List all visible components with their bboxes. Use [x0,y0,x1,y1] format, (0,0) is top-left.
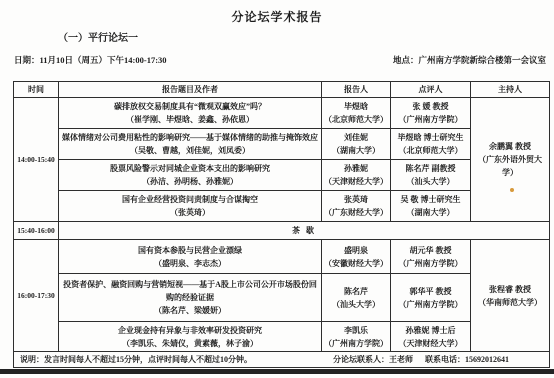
presenter-affiliation: （广东财经大学） [324,206,388,219]
scanned-schedule-page: 分论坛学术报告 （一）平行论坛一 日期：11月10日（周五）下午14:00-17… [0,0,554,378]
discussant-cell: 胡元华 教授 （广州南方学院） [391,240,471,274]
presenter-cell: 陈名芹 （汕头大学） [322,274,391,322]
discussant-name: 张 媛 教授 [393,100,468,113]
talk-authors: （吴敬、曹越，刘佳妮，刘凤委） [61,144,319,157]
page-title: 分论坛学术报告 [0,8,554,25]
tea-break-label: 茶 歇 [59,222,550,240]
talk-title-cell: 企业现金持有异象与非效率研发投资研究 （李凯乐、朱婧仪，黄素薇，林子渝） [59,322,322,352]
table-row: 媒体情绪对公司费用粘性的影响研究——基于媒体情绪的助推与掩饰效应 （吴敬、曹越，… [14,129,550,160]
header-discussant: 点评人 [391,82,471,98]
tea-break-row: 15:40-16:00 茶 歇 [14,222,550,240]
discussant-cell: 张 媛 教授 （广州南方学院） [391,98,471,129]
presenter-affiliation: （广州南方学院） [324,337,388,350]
talk-title-cell: 国有企业经营投资问责制度与合谋掏空 （张英琦） [59,191,322,222]
table-row: 股票风险警示对同城企业资本支出的影响研究 （孙洁、孙明杨、孙雅妮） 孙雅妮 （天… [14,160,550,191]
presenter-cell: 张英琦 （广东财经大学） [322,191,391,222]
presenter-affiliation: （天津财经大学） [324,175,388,188]
talk-title: 企业现金持有异象与非效率研发投资研究 [61,324,319,337]
host-affiliation: （广东外语外贸大学） [473,153,547,179]
time-slot-1: 14:00-15:40 [14,98,59,222]
talk-title: 国有企业经营投资问责制度与合谋掏空 [61,193,319,206]
discussant-name: 吴 敬 博士研究生 [393,193,468,206]
table-row: 14:00-15:40 碳排放权交易制度具有“微观双赢效应”吗？ （崔学刚、毕煜… [14,98,550,129]
host-name: 余鹏翼 教授 [473,140,547,153]
footer-note-row: 说明：发言时间每人不超过15分钟，点评时间每人不超过10分钟。 分论坛联系人：王… [14,352,550,368]
discussant-affiliation: （汕头大学） [393,175,468,188]
discussant-affiliation: （广州南方学院） [393,298,468,311]
presenter-name: 刘佳妮 [324,131,388,144]
presenter-affiliation: （汕头大学） [324,298,388,311]
talk-authors: （崔学刚、毕煜晗、姜鑫、孙依恩） [61,113,319,126]
talk-authors: （李凯乐、朱婧仪，黄素薇，林子渝） [61,337,319,350]
contact-person: 分论坛联系人：王老师 [333,353,413,366]
host-name: 张程睿 教授 [473,283,547,296]
table-row: 企业现金持有异象与非效率研发投资研究 （李凯乐、朱婧仪，黄素薇，林子渝） 李凯乐… [14,322,550,352]
talk-title-cell: 媒体情绪对公司费用粘性的影响研究——基于媒体情绪的助推与掩饰效应 （吴敬、曹越，… [59,129,322,160]
discussant-cell: 陈名芹 副教授 （汕头大学） [391,160,471,191]
discussant-name: 郭华平 教授 [393,285,468,298]
table-row: 16:00-17:30 国有资本参股与民营企业漂绿 （盛明泉、李志杰） 盛明泉 … [14,240,550,274]
talk-title: 碳排放权交易制度具有“微观双赢效应”吗？ [61,100,319,113]
talk-title-cell: 投资者保护、融资回购与营销短视——基于A股上市公司公开市场股份回购的经验证据 （… [59,274,322,322]
talk-authors: （盛明泉、李志杰） [61,257,319,270]
footer-note-cell: 说明：发言时间每人不超过15分钟，点评时间每人不超过10分钟。 分论坛联系人：王… [14,352,550,368]
discussant-cell: 毕煜晗 博士研究生 （北京师范大学） [391,129,471,160]
presenter-name: 李凯乐 [324,324,388,337]
host-cell-2: 张程睿 教授 （华南师范大学） [471,240,550,352]
discussant-name: 毕煜晗 博士研究生 [393,131,468,144]
presenter-name: 孙雅妮 [324,162,388,175]
table-row: 国有企业经营投资问责制度与合谋掏空 （张英琦） 张英琦 （广东财经大学） 吴 敬… [14,191,550,222]
talk-authors: （孙洁、孙明杨、孙雅妮） [61,175,319,188]
header-topic: 报告题目及作者 [59,82,322,98]
discussant-name: 孙雅妮 博士后 [393,324,468,337]
talk-title-cell: 股票风险警示对同城企业资本支出的影响研究 （孙洁、孙明杨、孙雅妮） [59,160,322,191]
date-label: 日期：11月10日（周五）下午14:00-17:30 [14,54,167,66]
discussant-name: 胡元华 教授 [393,244,468,257]
presenter-affiliation: （北京师范大学） [324,113,388,126]
presenter-cell: 李凯乐 （广州南方学院） [322,322,391,352]
scan-artifact-dot [510,188,514,192]
presenter-cell: 刘佳妮 （湖南大学） [322,129,391,160]
discussant-affiliation: （北京师范大学） [393,144,468,157]
talk-title: 国有资本参股与民营企业漂绿 [61,244,319,257]
discussant-name: 陈名芹 副教授 [393,162,468,175]
discussant-affiliation: （天津财经大学） [393,337,468,350]
discussant-cell: 吴 敬 博士研究生 （湖南大学） [391,191,471,222]
scan-edge-band [0,369,554,374]
presenter-name: 盛明泉 [324,244,388,257]
presenter-name: 张英琦 [324,193,388,206]
host-cell-1: 余鹏翼 教授 （广东外语外贸大学） [471,98,550,222]
header-time: 时间 [14,82,59,98]
forum-subtitle: （一）平行论坛一 [58,29,138,44]
table-header-row: 时间 报告题目及作者 报告人 点评人 主持人 [14,82,550,98]
talk-authors: （张英琦） [61,206,319,219]
presenter-affiliation: （湖南大学） [324,144,388,157]
time-slot-2: 16:00-17:30 [14,240,59,352]
speaking-time-note: 说明：发言时间每人不超过15分钟，点评时间每人不超过10分钟。 [20,353,252,366]
talk-title: 股票风险警示对同城企业资本支出的影响研究 [61,162,319,175]
schedule-table: 时间 报告题目及作者 报告人 点评人 主持人 14:00-15:40 碳排放权交… [13,81,550,368]
presenter-name: 毕煜晗 [324,100,388,113]
discussant-cell: 郭华平 教授 （广州南方学院） [391,274,471,322]
presenter-affiliation: （安徽财经大学） [324,257,388,270]
discussant-affiliation: （湖南大学） [393,206,468,219]
discussant-cell: 孙雅妮 博士后 （天津财经大学） [391,322,471,352]
time-slot-break: 15:40-16:00 [14,222,59,240]
header-presenter: 报告人 [322,82,391,98]
discussant-affiliation: （广州南方学院） [393,113,468,126]
table-row: 投资者保护、融资回购与营销短视——基于A股上市公司公开市场股份回购的经验证据 （… [14,274,550,322]
header-host: 主持人 [471,82,550,98]
talk-title: 媒体情绪对公司费用粘性的影响研究——基于媒体情绪的助推与掩饰效应 [61,131,319,144]
presenter-cell: 毕煜晗 （北京师范大学） [322,98,391,129]
presenter-cell: 孙雅妮 （天津财经大学） [322,160,391,191]
presenter-name: 陈名芹 [324,285,388,298]
talk-title-cell: 碳排放权交易制度具有“微观双赢效应”吗？ （崔学刚、毕煜晗、姜鑫、孙依恩） [59,98,322,129]
presenter-cell: 盛明泉 （安徽财经大学） [322,240,391,274]
location-label: 地点：广州南方学院新综合楼第一会议室 [393,54,546,66]
talk-title-cell: 国有资本参股与民营企业漂绿 （盛明泉、李志杰） [59,240,322,274]
talk-authors: （陈名芹、梁媛妍） [61,304,319,317]
talk-title: 投资者保护、融资回购与营销短视——基于A股上市公司公开市场股份回购的经验证据 [61,278,319,304]
host-affiliation: （华南师范大学） [473,296,547,309]
contact-phone: 联系电话：15692012641 [425,353,509,366]
discussant-affiliation: （广州南方学院） [393,257,468,270]
